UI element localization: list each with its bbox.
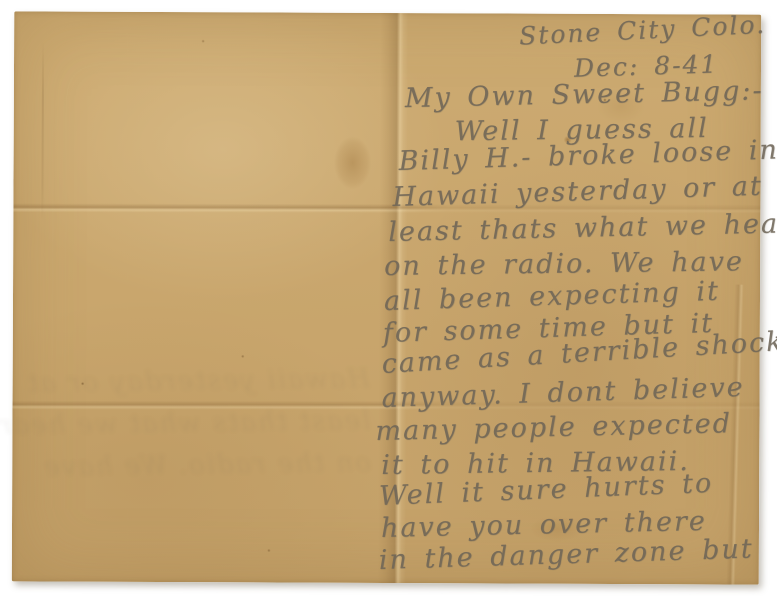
- horizontal-fold-crease-upper: [13, 203, 760, 213]
- ghost-line: Hawaii yesterday or at: [40, 358, 371, 404]
- body-line: on the radio. We have: [384, 246, 744, 282]
- body-line: anyway. I dont believe: [381, 372, 745, 414]
- body-line: for some time but it: [382, 308, 714, 349]
- body-line: in the danger zone but: [378, 534, 754, 576]
- body-line: Well I guess all: [455, 113, 709, 147]
- body-line: came as a terrible shock: [381, 326, 777, 380]
- body-line: have you over there: [381, 506, 707, 544]
- letter-paper: Hawaii yesterday or at least thats what …: [12, 11, 761, 584]
- right-edge-crease: [726, 284, 744, 584]
- dateline-place: Stone City Colo.: [518, 10, 766, 51]
- body-line: it to hit in Hawaii.: [381, 446, 690, 481]
- ghost-line: on the radio. We have: [41, 442, 372, 488]
- ink-bleedthrough-ghost-text: Hawaii yesterday or at least thats what …: [40, 358, 372, 488]
- letter-text: Stone City Colo. Dec: 8-41 My Own Sweet …: [12, 11, 761, 584]
- body-line: Well it sure hurts to: [379, 468, 714, 512]
- body-line: many people expected: [375, 408, 732, 447]
- body-line: all been expecting it: [384, 276, 721, 317]
- horizontal-fold-crease-lower: [13, 401, 760, 411]
- photo-background: Hawaii yesterday or at least thats what …: [0, 0, 777, 600]
- body-line: least thats what we hear: [388, 208, 777, 248]
- body-line: Hawaii yesterday or at: [392, 171, 763, 213]
- dateline-date: Dec: 8-41: [574, 49, 719, 82]
- salutation-line: My Own Sweet Bugg:-: [405, 75, 764, 114]
- body-line: Billy H.- broke loose in: [398, 134, 777, 177]
- left-edge-shadow-line: [41, 41, 44, 221]
- ghost-line: least thats what we hear: [40, 400, 371, 446]
- vertical-fold-crease: [378, 13, 408, 583]
